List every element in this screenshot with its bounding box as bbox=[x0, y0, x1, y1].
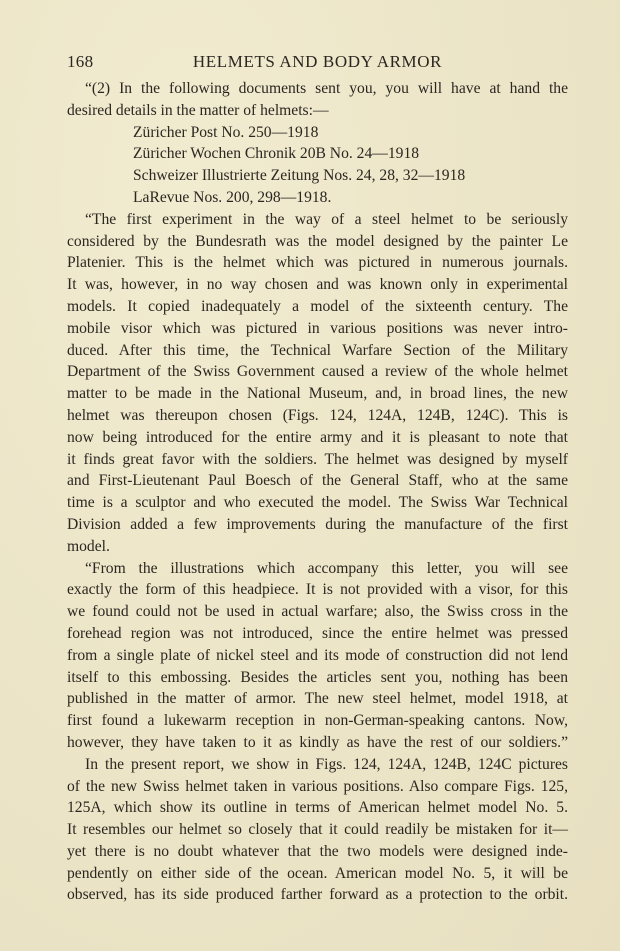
text-line: itself to this embossing. Besides the ar… bbox=[67, 667, 568, 689]
text-line: desired details in the matter of helmets… bbox=[67, 100, 568, 122]
paragraph-first-experiment: “The first experiment in the way of a st… bbox=[67, 209, 568, 558]
text-line: Züricher Wochen Chronik 20B No. 24—1918 bbox=[67, 143, 568, 165]
text-line: “From the illustrations which accompany … bbox=[67, 558, 568, 580]
text-line: models. It copied inadequately a model o… bbox=[67, 296, 568, 318]
text-line: matter to be made in the National Museum… bbox=[67, 383, 568, 405]
text-line: considered by the Bundesrath was the mod… bbox=[67, 231, 568, 253]
text-line: mobile visor which was pictured in vario… bbox=[67, 318, 568, 340]
text-line: forehead region was not introduced, sinc… bbox=[67, 623, 568, 645]
text-line: of the new Swiss helmet taken in various… bbox=[67, 776, 568, 798]
text-line: observed, has its side produced farther … bbox=[67, 884, 568, 906]
text-line: “The first experiment in the way of a st… bbox=[67, 209, 568, 231]
text-line: Department of the Swiss Government cause… bbox=[67, 361, 568, 383]
book-page: 168 HELMETS AND BODY ARMOR “(2) In the f… bbox=[67, 50, 568, 906]
text-line: helmet was thereupon chosen (Figs. 124, … bbox=[67, 405, 568, 427]
text-line: we found could not be used in actual war… bbox=[67, 601, 568, 623]
text-line: time is a sculptor and who executed the … bbox=[67, 492, 568, 514]
text-line: model. bbox=[67, 536, 568, 558]
text-line: first found a lukewarm reception in non-… bbox=[67, 710, 568, 732]
text-line: It resembles our helmet so closely that … bbox=[67, 819, 568, 841]
text-line: duced. After this time, the Technical Wa… bbox=[67, 340, 568, 362]
text-line: it finds great favor with the soldiers. … bbox=[67, 449, 568, 471]
text-line: LaRevue Nos. 200, 298—1918. bbox=[67, 187, 568, 209]
running-title: HELMETS AND BODY ARMOR bbox=[67, 50, 568, 74]
text-line: exactly the form of this headpiece. It i… bbox=[67, 579, 568, 601]
text-line: pendently on either side of the ocean. A… bbox=[67, 863, 568, 885]
text-line: 125A, which show its outline in terms of… bbox=[67, 797, 568, 819]
body-text: “(2) In the following documents sent you… bbox=[67, 78, 568, 906]
running-head: 168 HELMETS AND BODY ARMOR bbox=[67, 50, 568, 74]
text-line: however, they have taken to it as kindly… bbox=[67, 732, 568, 754]
paragraph-present-report: In the present report, we show in Figs. … bbox=[67, 754, 568, 907]
text-line: published in the matter of armor. The ne… bbox=[67, 688, 568, 710]
text-line: now being introduced for the entire army… bbox=[67, 427, 568, 449]
text-line: Schweizer Illustrierte Zeitung Nos. 24, … bbox=[67, 165, 568, 187]
text-line: It was, however, in no way chosen and wa… bbox=[67, 274, 568, 296]
text-line: and First-Lieutenant Paul Boesch of the … bbox=[67, 470, 568, 492]
text-line: Platenier. This is the helmet which was … bbox=[67, 252, 568, 274]
document-list: Züricher Post No. 250—1918Züricher Woche… bbox=[67, 122, 568, 209]
text-line: yet there is no doubt whatever that the … bbox=[67, 841, 568, 863]
text-line: from a single plate of nickel steel and … bbox=[67, 645, 568, 667]
text-line: Division added a few improvements during… bbox=[67, 514, 568, 536]
text-line: “(2) In the following documents sent you… bbox=[67, 78, 568, 100]
paragraph-documents: “(2) In the following documents sent you… bbox=[67, 78, 568, 122]
text-line: In the present report, we show in Figs. … bbox=[67, 754, 568, 776]
paragraph-illustrations: “From the illustrations which accompany … bbox=[67, 558, 568, 754]
text-line: Züricher Post No. 250—1918 bbox=[67, 122, 568, 144]
